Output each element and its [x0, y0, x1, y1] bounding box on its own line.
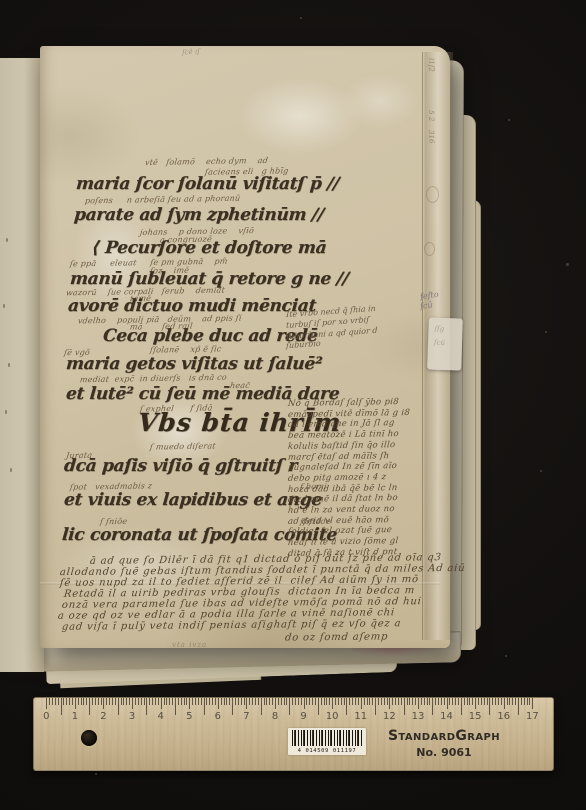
ruler-scale-tick	[367, 698, 368, 705]
ruler-scale-tick	[475, 698, 476, 709]
ruler-scale-tick	[121, 698, 122, 705]
ruler-scale-tick	[192, 698, 193, 705]
ruler-scale-tick	[332, 698, 333, 709]
ruler-number: 8	[267, 711, 283, 722]
ruler-scale-tick	[489, 698, 490, 715]
ruler-scale-tick	[272, 698, 273, 705]
ruler-scale-tick	[292, 698, 293, 705]
ruler-scale-tick	[86, 698, 87, 705]
ruler-number: 13	[410, 711, 426, 722]
ruler-scale-tick	[75, 698, 76, 709]
margin-commentary-line: ditad q̄ ſē za t viſt d pnt	[288, 548, 398, 558]
facing-page-edge	[0, 58, 44, 672]
dust-speck	[540, 470, 542, 472]
ruler-scale-tick	[364, 698, 365, 705]
ruler-scale-tick	[186, 698, 187, 705]
ruler-scale-tick	[372, 698, 373, 705]
ruler: 01234567891011121314151617 4 014509 0111…	[33, 697, 554, 771]
ruler-scale-tick	[398, 698, 399, 705]
ruler-scale-tick	[49, 698, 50, 705]
ruler-scale-tick	[341, 698, 342, 705]
ruler-scale-tick	[184, 698, 185, 705]
ruler-scale-tick	[58, 698, 59, 705]
ruler-scale-tick	[258, 698, 259, 705]
ruler-scale-tick	[252, 698, 253, 705]
ruler-scale-tick	[301, 698, 302, 705]
ruler-scale-tick	[375, 698, 376, 715]
ruler-scale-tick	[427, 698, 428, 705]
manuscript-text-line: et viuis ex lapidibus et ange	[63, 492, 322, 509]
ruler-scale-tick	[295, 698, 296, 705]
ruler-scale-tick	[63, 698, 64, 705]
ruler-scale-tick	[164, 698, 165, 705]
ruler-scale-tick	[504, 698, 505, 709]
ruler-scale-tick	[358, 698, 359, 705]
ruler-scale-tick	[438, 698, 439, 705]
ruler-scale-tick	[515, 698, 516, 705]
ruler-scale-tick	[92, 698, 93, 705]
ruler-scale-tick	[507, 698, 508, 705]
ruler-scale-tick	[487, 698, 488, 705]
ruler-scale-tick	[455, 698, 456, 705]
ruler-scale-tick	[126, 698, 127, 705]
ruler-scale-tick	[355, 698, 356, 705]
margin-commentary-line: Nō q̄ Bordaſ ſalſ ȳbo pi8	[288, 398, 400, 408]
ruler-scale-tick	[201, 698, 202, 705]
ruler-scale-tick	[235, 698, 236, 705]
ruler-scale-tick	[103, 698, 104, 709]
ruler-scale-tick	[212, 698, 213, 705]
ruler-number: 12	[381, 711, 397, 722]
ruler-scale-tick	[152, 698, 153, 705]
ruler-scale-tick	[266, 698, 267, 705]
ruler-scale-tick	[95, 698, 96, 705]
manuscript-text-line: dcā paſis viſiō q̄ gſtruitſ r	[63, 458, 297, 475]
dust-speck	[545, 331, 547, 333]
ruler-scale-tick	[61, 698, 62, 715]
ruler-scale-tick	[52, 698, 53, 705]
ruler-scale-tick	[524, 698, 525, 705]
ruler-scale-tick	[415, 698, 416, 705]
ruler-scale-tick	[441, 698, 442, 705]
ruler-scale-tick	[315, 698, 316, 705]
ruler-scale-tick	[449, 698, 450, 705]
ruler-scale-tick	[384, 698, 385, 705]
ruler-number: 2	[95, 711, 111, 722]
tab-mark: ſſg	[434, 325, 444, 333]
manuscript-page: vtē ſolamō echo dym adſacieans eli g hbī…	[40, 46, 450, 648]
ruler-scale-tick	[106, 698, 107, 705]
ruler-scale-tick	[66, 698, 67, 705]
paper-speck	[8, 363, 10, 367]
ruler-scale-tick	[326, 698, 327, 705]
ruler-scale-tick	[101, 698, 102, 705]
ruler-scale-tick	[407, 698, 408, 705]
ruler-scale-tick	[141, 698, 142, 705]
dust-speck	[421, 757, 423, 759]
ruler-scale-tick	[409, 698, 410, 705]
paper-speck	[10, 468, 12, 472]
ruler-scale-tick	[78, 698, 79, 705]
ruler-scale-tick	[467, 698, 468, 705]
faint-bottom-mark: vta ivza	[172, 642, 207, 649]
ruler-scale-tick	[495, 698, 496, 705]
margin-commentary-line: dā i emā q̄ne in Jā ſl ag	[288, 419, 395, 429]
faint-top-mark: ſcē ıſ	[182, 49, 200, 57]
ruler-scale-tick	[492, 698, 493, 705]
ruler-scale-tick	[321, 698, 322, 705]
ruler-scale-tick	[135, 698, 136, 705]
ruler-scale-tick	[232, 698, 233, 715]
paper-speck	[3, 304, 5, 308]
ruler-scale-tick	[169, 698, 170, 705]
ruler-scale-tick	[484, 698, 485, 705]
dust-speck	[505, 655, 507, 657]
ruler-scale-tick	[335, 698, 336, 705]
ruler-scale-tick	[172, 698, 173, 705]
ruler-scale-tick	[432, 698, 433, 715]
ruler-scale-tick	[481, 698, 482, 705]
ruler-scale-tick	[129, 698, 130, 705]
manuscript-text-line: parate ad ſym zphetinūm //	[73, 207, 324, 224]
ruler-scale-tick	[215, 698, 216, 705]
ruler-number: 3	[124, 711, 140, 722]
manuscript-text-line: avorē dictuo mudi mēnciat	[67, 298, 317, 315]
ruler-scale-tick	[478, 698, 479, 705]
ruler-scale-tick	[175, 698, 176, 715]
ruler-scale-tick	[501, 698, 502, 705]
ruler-number: 17	[524, 711, 540, 722]
ruler-scale-tick	[112, 698, 113, 705]
manuscript-text-line: maria ſcor ſolanū viſitatſ p̄ //	[75, 176, 339, 193]
ruler-number: 5	[181, 711, 197, 722]
ruler-scale-tick	[146, 698, 147, 715]
ruler-hole	[81, 730, 97, 746]
ruler-scale-tick	[206, 698, 207, 705]
ruler-scale-tick	[229, 698, 230, 705]
ruler-number: 6	[210, 711, 226, 722]
ruler-scale-tick	[221, 698, 222, 705]
ruler-brand: StandardGraph	[349, 728, 539, 744]
ruler-scale-tick	[452, 698, 453, 705]
margin-commentary-line: beā meatozē i Lā tinī ho	[288, 430, 400, 440]
ruler-scale-tick	[349, 698, 350, 705]
ruler-scale-tick	[204, 698, 205, 715]
ruler-scale-tick	[238, 698, 239, 705]
ruler-scale-tick	[244, 698, 245, 705]
paper-speck	[6, 238, 8, 242]
ruler-scale-tick	[83, 698, 84, 705]
paper-speck	[5, 410, 7, 414]
ruler-scale-tick	[72, 698, 73, 705]
ruler-scale-tick	[338, 698, 339, 705]
fore-edge-mark: 316	[427, 130, 434, 144]
ruler-scale-tick	[144, 698, 145, 705]
ruler-scale-tick	[304, 698, 305, 709]
ruler-scale-tick	[306, 698, 307, 705]
dust-speck	[300, 17, 302, 19]
ruler-scale-tick	[81, 698, 82, 705]
ruler-scale-tick	[352, 698, 353, 705]
fore-edge-tab: ſſgſcū	[427, 317, 463, 370]
dust-speck	[508, 119, 510, 121]
fore-edge-circle-mark	[424, 242, 435, 256]
dust-speck	[95, 773, 97, 775]
ruler-scale-tick	[255, 698, 256, 705]
ruler-number: 10	[324, 711, 340, 722]
ruler-scale-tick	[309, 698, 310, 705]
ruler-scale-tick	[209, 698, 210, 705]
ruler-scale-tick	[469, 698, 470, 705]
ruler-scale-tick	[284, 698, 285, 705]
ruler-scale-tick	[424, 698, 425, 705]
ruler-scale-tick	[118, 698, 119, 715]
ruler-scale-tick	[149, 698, 150, 705]
ruler-scale-tick	[324, 698, 325, 705]
fore-edge-circle-mark	[426, 186, 439, 203]
ruler-scale-tick	[512, 698, 513, 705]
ruler-scale-tick	[246, 698, 247, 709]
ruler-scale-tick	[404, 698, 405, 715]
ruler-scale-tick	[198, 698, 199, 705]
ruler-model: No. 9061	[349, 746, 539, 759]
ruler-scale-tick	[532, 698, 533, 709]
margin-commentary-line: debo pitg amozē ı 4 z	[288, 473, 387, 483]
ruler-scale-tick	[181, 698, 182, 705]
ruler-scale-tick	[109, 698, 110, 705]
ruler-scale-tick	[498, 698, 499, 705]
manuscript-text-line: maria getos viſitas ut ſaluē²	[65, 356, 323, 373]
ruler-number: 0	[38, 711, 54, 722]
ruler-scale-tick	[346, 698, 347, 715]
ruler-scale-tick	[89, 698, 90, 715]
margin-commentary-line: dizd amē il dā ſtat ln bo	[288, 494, 399, 504]
ruler-scale-tick	[509, 698, 510, 705]
ruler-scale-tick	[312, 698, 313, 705]
ruler-number: 14	[439, 711, 455, 722]
ruler-scale-tick	[278, 698, 279, 705]
ruler-scale-tick	[123, 698, 124, 705]
ruler-scale-tick	[464, 698, 465, 705]
ruler-scale-tick	[281, 698, 282, 705]
ruler-scale-tick	[444, 698, 445, 705]
ruler-scale-tick	[178, 698, 179, 705]
ruler-scale-tick	[527, 698, 528, 705]
ruler-scale-tick	[521, 698, 522, 705]
ruler-scale-tick	[369, 698, 370, 705]
ruler-number: 4	[153, 711, 169, 722]
ruler-scale-tick	[138, 698, 139, 705]
ruler-scale-tick	[392, 698, 393, 705]
margin-commentary-line: pugnaleſad In zē ſīn aīo	[288, 462, 398, 472]
ruler-scale-tick	[226, 698, 227, 705]
ruler-scale-tick	[69, 698, 70, 705]
photo-stage: vtē ſolamō echo dym adſacieans eli g hbī…	[0, 0, 586, 810]
margin-commentary-line: heaf il le a vizio ſōme gl	[288, 537, 399, 547]
ruler-scale-tick	[218, 698, 219, 709]
ruler-scale-tick	[241, 698, 242, 705]
ruler-scale-tick	[261, 698, 262, 715]
ruler-scale-tick	[344, 698, 345, 705]
ruler-scale-tick	[387, 698, 388, 705]
ruler-number: 7	[238, 711, 254, 722]
ruler-scale-tick	[46, 698, 47, 709]
ruler-scale-tick	[298, 698, 299, 705]
fore-edge-mark: 5 2	[427, 110, 434, 121]
ruler-scale-tick	[518, 698, 519, 715]
ruler-scale-tick	[395, 698, 396, 705]
ruler-scale-tick	[418, 698, 419, 709]
ruler-scale-tick	[472, 698, 473, 705]
bottom-commentary-line: do oz ſomd aſemp	[284, 632, 388, 643]
margin-commentary-line: ſoldieſ ſel ozat ſuē gue	[288, 526, 393, 536]
ruler-scale-tick	[361, 698, 362, 709]
dust-speck	[566, 263, 569, 266]
ruler-scale-tick	[329, 698, 330, 705]
ruler-scale-tick	[378, 698, 379, 705]
ruler-scale-tick	[55, 698, 56, 705]
ruler-scale-tick	[318, 698, 319, 715]
ruler-scale-tick	[132, 698, 133, 709]
interlinear-gloss: ſ muedo diſerat	[149, 442, 216, 451]
ruler-scale-tick	[155, 698, 156, 705]
margin-commentary-line: kolulis baſtid ſin q̄o illo	[288, 441, 396, 451]
ruler-scale-tick	[421, 698, 422, 705]
ruler-scale-tick	[429, 698, 430, 705]
ruler-scale-tick	[224, 698, 225, 705]
ruler-scale-tick	[158, 698, 159, 705]
tab-mark: ſcū	[434, 339, 445, 347]
ruler-scale-tick	[412, 698, 413, 705]
ruler-scale-tick	[289, 698, 290, 715]
margin-commentary-line: hd ē ln za vent duoz no	[288, 505, 396, 515]
ruler-number: 15	[467, 711, 483, 722]
ruler-scale-tick	[529, 698, 530, 705]
ruler-scale-tick	[447, 698, 448, 709]
ruler-scale-tick	[461, 698, 462, 715]
ruler-scale-tick	[275, 698, 276, 709]
ruler-scale-tick	[435, 698, 436, 705]
ruler-number: 9	[296, 711, 312, 722]
ruler-scale-tick	[381, 698, 382, 705]
ruler-scale-tick	[249, 698, 250, 705]
ruler-scale-tick	[389, 698, 390, 709]
ruler-scale-tick	[458, 698, 459, 705]
ruler-number: 16	[496, 711, 512, 722]
ruler-scale-tick	[286, 698, 287, 705]
ruler-scale-tick	[98, 698, 99, 705]
fore-edge-mark: l1ſ2	[427, 58, 434, 72]
ruler-scale-tick	[115, 698, 116, 705]
manuscript-text-line: ⟨ Pecurſore et doſtore mā	[91, 240, 327, 257]
ruler-scale-tick	[189, 698, 190, 709]
ruler-number: 1	[67, 711, 83, 722]
ruler-scale-tick	[269, 698, 270, 705]
ruler-scale-tick	[195, 698, 196, 705]
ruler-scale-tick	[161, 698, 162, 709]
margin-commentary-line: marcſ ētaſ ad māīls ſh	[288, 452, 390, 462]
ruler-scale-tick	[401, 698, 402, 705]
ruler-scale-tick	[166, 698, 167, 705]
ruler-scale-tick	[264, 698, 265, 705]
ruler-number: 11	[353, 711, 369, 722]
